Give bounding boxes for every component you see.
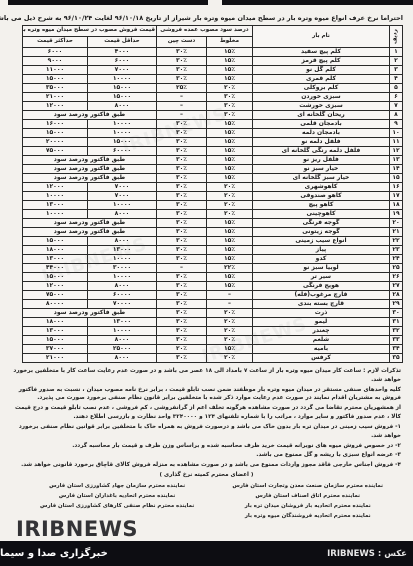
table-row: ۱۹کاهوچینی۲۰٪۳۰٪۸۰۰۰۱۰۰۰۰ xyxy=(22,210,402,219)
cell-row-number: ۱۷ xyxy=(390,192,403,201)
cell-min-price: ۷۰۰۰ xyxy=(87,192,156,201)
table-row: ۷سبزی خورشت۳۰٪–۸۰۰۰۱۲۰۰۰ xyxy=(22,102,402,111)
table-row: ۳۵کرفس۲۰٪۳۰٪۸۰۰۰۲۱۰۰۰ xyxy=(22,354,402,363)
table-row: ۲۸قارچ مرغوب(فله)–۳۰٪۶۰۰۰۰۷۵۰۰۰ xyxy=(22,291,402,300)
cell-min-price: ۱۰۰۰۰ xyxy=(87,255,156,264)
cell-min-price: ۱۵۰۰۰ xyxy=(87,93,156,102)
cell-max-price: ۲۰۰۰۰ xyxy=(22,138,87,147)
cell-row-number: ۱۳ xyxy=(390,156,403,165)
note-line: کلیه واحدهای صنفی مستقر در میدان میوه وت… xyxy=(8,386,401,404)
cell-min-price: ۲۵۰۰۰ xyxy=(87,345,156,354)
cell-max-price: ۱۰۰۰۰ xyxy=(22,192,87,201)
cell-row-number: ۲ xyxy=(390,57,403,66)
cell-row-number: ۸ xyxy=(390,111,403,120)
cell-handpicked-percent: ۳۰٪ xyxy=(156,228,206,237)
table-row: ۲۶سیر تر۱۵٪۳۰٪۱۰۰۰۰۱۵۰۰۰ xyxy=(22,273,402,282)
cell-max-price: ۸۰۰۰۰ xyxy=(22,300,87,309)
cell-handpicked-percent: ۳۰٪ xyxy=(156,210,206,219)
header-row-number: ردیف xyxy=(390,26,403,48)
cell-min-price: ۸۰۰۰ xyxy=(87,354,156,363)
cell-mixed-percent: ۱۵٪ xyxy=(207,147,253,156)
cell-product-name: بامیه xyxy=(253,345,390,354)
cell-handpicked-percent: ۳۰٪ xyxy=(156,309,206,318)
cell-handpicked-percent: ۳۰٪ xyxy=(156,183,206,192)
cell-min-price: ۶۰۰۰۰ xyxy=(87,291,156,300)
cell-price-note: طبق فاکتور ودرصد سود xyxy=(22,219,156,228)
cell-min-price: ۷۰۰۰ xyxy=(87,183,156,192)
cell-min-price: ۷۰۰۰۰ xyxy=(87,300,156,309)
signatures-left-column: نماینده محترم سازمان جهاد کشاورزی استان … xyxy=(40,483,194,519)
header-min-price: حداقل قیمت xyxy=(87,37,156,48)
table-row: ۱۲فلفل دلمه رنگی گلخانه ای۱۵٪۳۰٪۶۰۰۰۰۷۵۰… xyxy=(22,147,402,156)
signatures-right-column: نماینده محترم سازمان صنعت معدن وتجارت اس… xyxy=(232,483,383,519)
cell-min-price: ۱۳۰۰۰ xyxy=(87,318,156,327)
iribnews-logo: IRIBNEWS xyxy=(16,517,138,541)
cell-row-number: ۳۴ xyxy=(390,345,403,354)
price-table-body: ۱کلم پیچ سفید۱۵٪۳۰٪۴۰۰۰۶۰۰۰۲کلم پیچ قرمز… xyxy=(22,48,402,363)
cell-product-name: بادمجان دلمه xyxy=(253,129,390,138)
cell-handpicked-percent: ۳۰٪ xyxy=(156,219,206,228)
table-row: ۱۴خیار سبز نو۱۵٪۳۰٪طبق فاکتور ودرصد سود xyxy=(22,165,402,174)
cell-mixed-percent: ۲۰٪ xyxy=(207,309,253,318)
cell-mixed-percent: ۲۰٪ xyxy=(207,183,253,192)
cell-row-number: ۱۱ xyxy=(390,138,403,147)
cell-row-number: ۲۶ xyxy=(390,273,403,282)
cell-row-number: ۲۳ xyxy=(390,246,403,255)
cell-max-price: ۲۱۰۰۰ xyxy=(22,354,87,363)
cell-price-note: طبق فاکتور ودرصد سود xyxy=(22,111,156,120)
cell-product-name: پیاز xyxy=(253,246,390,255)
cell-max-price: ۱۲۰۰۰ xyxy=(22,183,87,192)
cell-max-price: ۱۶۰۰۰ xyxy=(22,120,87,129)
cell-max-price: ۳۷۰۰۰ xyxy=(22,345,87,354)
cell-min-price: ۱۰۰۰۰ xyxy=(87,75,156,84)
price-table-header: ردیف نام بار درصد سود مصوب عمده فروشی قی… xyxy=(22,26,402,48)
cell-min-price: ۷۰۰۰ xyxy=(87,66,156,75)
notes-section: تذکرات لازم : ساعت کار میدان میوه وتره ب… xyxy=(8,367,401,470)
cell-min-price: ۴۰۰۰ xyxy=(87,48,156,57)
cell-mixed-percent: ۳۰٪ xyxy=(207,102,253,111)
cell-handpicked-percent: ۳۰٪ xyxy=(156,327,206,336)
cell-product-name: کرفس xyxy=(253,354,390,363)
cell-max-price: ۱۸۰۰۰ xyxy=(22,246,87,255)
cell-price-note: طبق فاکتور ودرصد سود xyxy=(22,228,156,237)
cell-mixed-percent: – xyxy=(207,291,253,300)
table-row: ۲۵لوبیا سبز نو۲۲٪–۳۰۰۰۰۴۴۰۰۰ xyxy=(22,264,402,273)
cell-mixed-percent: ۱۵٪ xyxy=(207,246,253,255)
cell-max-price: ۱۳۰۰۰ xyxy=(22,255,87,264)
cell-handpicked-percent: ۳۰٪ xyxy=(156,165,206,174)
table-row: ۱۶کاهوشهری۲۰٪۳۰٪۷۰۰۰۱۲۰۰۰ xyxy=(22,183,402,192)
cell-mixed-percent: – xyxy=(207,300,253,309)
signature-line: نماینده محترم نظام صنفی کارهای کشاورزی ا… xyxy=(40,503,194,509)
cell-min-price: ۸۰۰۰ xyxy=(87,210,156,219)
cell-mixed-percent: ۱۵٪ xyxy=(207,120,253,129)
cell-product-name: بادمجان قلمی xyxy=(253,120,390,129)
cell-handpicked-percent: ۳۰٪ xyxy=(156,255,206,264)
cell-row-number: ۳۰ xyxy=(390,309,403,318)
table-row: ۹بادمجان قلمی۱۵٪۳۰٪۱۰۰۰۰۱۶۰۰۰ xyxy=(22,120,402,129)
cell-max-price: ۶۰۰۰ xyxy=(22,48,87,57)
cell-mixed-percent: ۱۵٪ xyxy=(207,219,253,228)
cell-product-name: ذرت xyxy=(253,309,390,318)
table-row: ۳۱لیمو۲۰٪۳۰٪۱۳۰۰۰۱۸۰۰۰ xyxy=(22,318,402,327)
cell-max-price: ۷۵۰۰۰ xyxy=(22,147,87,156)
cell-mixed-percent: ۲۰٪ xyxy=(207,318,253,327)
table-row: ۲کلم پیچ قرمز۱۵٪۳۰٪۶۰۰۰۹۰۰۰ xyxy=(22,57,402,66)
cell-row-number: ۳۵ xyxy=(390,354,403,363)
cell-max-price: ۱۲۰۰۰ xyxy=(22,102,87,111)
table-row: ۱۰بادمجان دلمه۱۵٪۳۰٪۱۰۰۰۰۱۵۰۰۰ xyxy=(22,129,402,138)
table-row: ۲۲انواع سیب زمینی۱۵٪۳۰٪۸۰۰۰۱۵۰۰۰ xyxy=(22,237,402,246)
cell-product-name: گوجه زیتونی xyxy=(253,228,390,237)
cell-product-name: کاهوچینی xyxy=(253,210,390,219)
cell-mixed-percent: ۱۵٪ xyxy=(207,255,253,264)
cell-product-name: کاهو پیچ xyxy=(253,201,390,210)
cell-handpicked-percent: ۳۰٪ xyxy=(156,48,206,57)
cell-row-number: ۲۵ xyxy=(390,264,403,273)
header-handpicked: دست چین xyxy=(156,37,206,48)
signatures-section: نماینده محترم سازمان صنعت معدن وتجارت اس… xyxy=(40,483,383,519)
cell-product-name: چغندر xyxy=(253,327,390,336)
table-row: ۱۸کاهو پیچ۲۰٪۳۰٪۱۰۰۰۰۱۳۰۰۰ xyxy=(22,201,402,210)
cell-product-name: کلم قمری xyxy=(253,75,390,84)
cell-max-price: ۳۵۰۰۰ xyxy=(22,84,87,93)
cell-row-number: ۱۲ xyxy=(390,147,403,156)
cell-min-price: ۸۰۰۰ xyxy=(87,102,156,111)
cell-row-number: ۲۸ xyxy=(390,291,403,300)
cell-min-price: ۱۰۰۰۰ xyxy=(87,273,156,282)
document-page: احتراما نرخ عرف انواع میوه وتره بار در س… xyxy=(0,5,413,519)
cell-mixed-percent: ۱۵٪ xyxy=(207,138,253,147)
cell-product-name: کلم بروکلی xyxy=(253,84,390,93)
note-line: از همشهریان محترم تقاضا می گردد در صورت … xyxy=(8,404,401,422)
cell-mixed-percent: ۳۰٪ xyxy=(207,111,253,120)
table-row: ۳۳شلغم۲۰٪۳۰٪۸۰۰۰۱۵۰۰۰ xyxy=(22,336,402,345)
table-row: ۶سبزی خوردن۳۰٪–۱۵۰۰۰۲۱۰۰۰ xyxy=(22,93,402,102)
cell-row-number: ۲۲ xyxy=(390,237,403,246)
cell-max-price: ۱۵۰۰۰ xyxy=(22,129,87,138)
cell-max-price: ۱۰۰۰۰ xyxy=(22,210,87,219)
cell-row-number: ۹ xyxy=(390,120,403,129)
cell-handpicked-percent: ۳۰٪ xyxy=(156,147,206,156)
cell-product-name: کلم گل نو xyxy=(253,66,390,75)
cell-row-number: ۱۰ xyxy=(390,129,403,138)
cell-product-name: فلفل دلمه نو xyxy=(253,138,390,147)
note-line: ۴- فروش اجناس خارجی فاقد مجوز واردات ممن… xyxy=(8,461,401,470)
cell-handpicked-percent: ۳۰٪ xyxy=(156,318,206,327)
cell-handpicked-percent: ۳۰٪ xyxy=(156,138,206,147)
cell-handpicked-percent: ۳۰٪ xyxy=(156,75,206,84)
footer-bar: خبرگزاری صدا و سیما عکس : IRIBNEWS xyxy=(0,541,413,566)
cell-product-name: کدو xyxy=(253,255,390,264)
cell-handpicked-percent: ۳۰٪ xyxy=(156,174,206,183)
cell-handpicked-percent: ۳۰٪ xyxy=(156,156,206,165)
cell-mixed-percent: ۱۵٪ xyxy=(207,48,253,57)
cell-handpicked-percent: – xyxy=(156,102,206,111)
cell-mixed-percent: ۲۰٪ xyxy=(207,327,253,336)
cell-min-price: ۳۰۰۰۰ xyxy=(87,264,156,273)
cell-min-price: ۸۰۰۰ xyxy=(87,237,156,246)
cell-price-note: طبق فاکتور ودرصد سود xyxy=(22,165,156,174)
cell-min-price: ۱۵۰۰۰ xyxy=(87,138,156,147)
cell-mixed-percent: ۱۵٪ xyxy=(207,75,253,84)
cell-min-price: ۱۰۰۰۰ xyxy=(87,201,156,210)
cell-row-number: ۲۹ xyxy=(390,300,403,309)
cell-mixed-percent: ۳۰٪ xyxy=(207,93,253,102)
cell-product-name: کلم پیچ سفید xyxy=(253,48,390,57)
table-row: ۱۱فلفل دلمه نو۱۵٪۳۰٪۱۵۰۰۰۲۰۰۰۰ xyxy=(22,138,402,147)
cell-mixed-percent: ۱۵٪ xyxy=(207,156,253,165)
cell-row-number: ۲۷ xyxy=(390,282,403,291)
cell-product-name: فلفل ریز نو xyxy=(253,156,390,165)
cell-product-name: کاهوشهری xyxy=(253,183,390,192)
note-line: ۲- در خصوص فروش میوه های نوبرانه قیمت خر… xyxy=(8,442,401,451)
cell-product-name: ریحان گلخانه ای xyxy=(253,111,390,120)
note-line: تذکرات لازم : ساعت کار میدان میوه وتره ب… xyxy=(8,367,401,385)
note-line: ۱- فروش سیب زمینی در میدان تره بار بدون … xyxy=(8,423,401,441)
cell-product-name: کاهو صندوقی xyxy=(253,192,390,201)
cell-row-number: ۱۸ xyxy=(390,201,403,210)
cell-row-number: ۶ xyxy=(390,93,403,102)
cell-handpicked-percent: ۳۰٪ xyxy=(156,354,206,363)
cell-product-name: لیمو xyxy=(253,318,390,327)
signature-line: نماینده محترم اتحادیه بار فروشان میدان ت… xyxy=(232,503,383,509)
cell-max-price: ۲۱۰۰۰ xyxy=(22,93,87,102)
cell-row-number: ۲۴ xyxy=(390,255,403,264)
committee-line: ( اعضای محترم کمیته نرخ گذاری ) xyxy=(0,472,413,478)
cell-min-price: ۱۰۰۰۰ xyxy=(87,327,156,336)
cell-mixed-percent: ۱۵٪ xyxy=(207,129,253,138)
cell-mixed-percent: ۲۰٪ xyxy=(207,192,253,201)
table-row: ۳۴بامیه۱۵٪۲۰٪۲۵۰۰۰۳۷۰۰۰ xyxy=(22,345,402,354)
cell-max-price: ۷۵۰۰۰ xyxy=(22,291,87,300)
cell-row-number: ۱۶ xyxy=(390,183,403,192)
cell-min-price: ۸۰۰۰ xyxy=(87,336,156,345)
cell-mixed-percent: ۱۵٪ xyxy=(207,165,253,174)
cell-min-price: ۶۰۰۰۰ xyxy=(87,147,156,156)
cell-price-note: طبق فاکتور ودرصد سود xyxy=(22,309,156,318)
cell-handpicked-percent: – xyxy=(156,111,206,120)
cell-price-note: طبق فاکتور ودرصد سود xyxy=(22,174,156,183)
header-product-name: نام بار xyxy=(253,26,390,48)
price-table: ردیف نام بار درصد سود مصوب عمده فروشی قی… xyxy=(22,25,403,363)
cell-handpicked-percent: – xyxy=(156,93,206,102)
cell-handpicked-percent: ۳۰٪ xyxy=(156,291,206,300)
cell-handpicked-percent: – xyxy=(156,264,206,273)
cell-handpicked-percent: ۳۰٪ xyxy=(156,300,206,309)
cell-row-number: ۳ xyxy=(390,66,403,75)
cell-max-price: ۱۵۰۰۰ xyxy=(22,237,87,246)
cell-max-price: ۱۵۰۰۰ xyxy=(22,75,87,84)
header-price-group: قیمت فروش مصوب در سطح میدان میوه وتره با… xyxy=(22,26,156,37)
cell-handpicked-percent: ۳۰٪ xyxy=(156,237,206,246)
cell-handpicked-percent: ۳۰٪ xyxy=(156,129,206,138)
cell-handpicked-percent: ۳۰٪ xyxy=(156,273,206,282)
cell-handpicked-percent: ۳۰٪ xyxy=(156,336,206,345)
cell-product-name: سبزی خورشت xyxy=(253,102,390,111)
cell-max-price: ۹۰۰۰ xyxy=(22,57,87,66)
cell-row-number: ۱۴ xyxy=(390,165,403,174)
cell-max-price: ۱۳۰۰۰ xyxy=(22,201,87,210)
note-line: ۳- عرضه انواع سبزی با ریشه و گل ممنوع می… xyxy=(8,451,401,460)
cell-row-number: ۱ xyxy=(390,48,403,57)
cell-row-number: ۳۱ xyxy=(390,318,403,327)
cell-handpicked-percent: ۳۰٪ xyxy=(156,201,206,210)
cell-max-price: ۱۸۰۰۰ xyxy=(22,318,87,327)
table-row: ۲۷هویج فرنگی۱۵٪۳۰٪۸۰۰۰۱۲۰۰۰ xyxy=(22,282,402,291)
cell-min-price: ۱۰۰۰۰ xyxy=(87,129,156,138)
cell-max-price: ۱۳۰۰۰ xyxy=(22,327,87,336)
cell-max-price: ۱۵۰۰۰ xyxy=(22,336,87,345)
table-row: ۲۴کدو۱۵٪۳۰٪۱۰۰۰۰۱۳۰۰۰ xyxy=(22,255,402,264)
cell-min-price: ۸۰۰۰ xyxy=(87,282,156,291)
cell-product-name: هویج فرنگی xyxy=(253,282,390,291)
document-title: احتراما نرخ عرف انواع میوه وتره بار در س… xyxy=(10,14,403,22)
cell-product-name: کلم پیچ قرمز xyxy=(253,57,390,66)
cell-product-name: سیر تر xyxy=(253,273,390,282)
cell-product-name: خیار سبز گلخانه ای xyxy=(253,174,390,183)
cell-product-name: فلفل دلمه رنگی گلخانه ای xyxy=(253,147,390,156)
cell-product-name: لوبیا سبز نو xyxy=(253,264,390,273)
cell-mixed-percent: ۱۵٪ xyxy=(207,345,253,354)
cell-mixed-percent: ۱۵٪ xyxy=(207,57,253,66)
cell-mixed-percent: ۲۰٪ xyxy=(207,201,253,210)
table-row: ۲۰گوجه فرنگی۱۵٪۳۰٪طبق فاکتور ودرصد سود xyxy=(22,219,402,228)
table-row: ۱۵خیار سبز گلخانه ای۱۵٪۳۰٪طبق فاکتور ودر… xyxy=(22,174,402,183)
cell-mixed-percent: ۱۵٪ xyxy=(207,174,253,183)
cell-max-price: ۱۱۰۰۰ xyxy=(22,66,87,75)
cell-mixed-percent: ۲۰٪ xyxy=(207,354,253,363)
signature-line: نماینده محترم اتحادیه باغداران استان فار… xyxy=(40,493,194,499)
cell-handpicked-percent: ۲۵٪ xyxy=(156,84,206,93)
footer-photo-credit: عکس : IRIBNEWS xyxy=(319,549,413,559)
signature-line: نماینده محترم سازمان جهاد کشاورزی استان … xyxy=(40,483,194,489)
signature-line: نماینده محترم اتاق اصناف استان فارس xyxy=(232,493,383,499)
signature-line: نماینده محترم اتحادیه فروشندگان میوه وتر… xyxy=(232,513,383,519)
cell-row-number: ۱۹ xyxy=(390,210,403,219)
cell-mixed-percent: ۲۰٪ xyxy=(207,84,253,93)
table-row: ۱کلم پیچ سفید۱۵٪۳۰٪۴۰۰۰۶۰۰۰ xyxy=(22,48,402,57)
cell-product-name: سبزی خوردن xyxy=(253,93,390,102)
cell-row-number: ۳۳ xyxy=(390,336,403,345)
cell-handpicked-percent: ۳۰٪ xyxy=(156,282,206,291)
cell-row-number: ۷ xyxy=(390,102,403,111)
cell-product-name: خیار سبز نو xyxy=(253,165,390,174)
cell-row-number: ۵ xyxy=(390,84,403,93)
header-percent-group: درصد سود مصوب عمده فروشی xyxy=(156,26,252,37)
cell-handpicked-percent: ۲۰٪ xyxy=(156,345,206,354)
signature-line: نماینده محترم سازمان صنعت معدن وتجارت اس… xyxy=(232,483,383,489)
cell-handpicked-percent: ۳۰٪ xyxy=(156,192,206,201)
cell-price-note: طبق فاکتور ودرصد سود xyxy=(22,156,156,165)
header-max-price: حداکثر قیمت xyxy=(22,37,87,48)
cell-row-number: ۱۵ xyxy=(390,174,403,183)
table-row: ۲۳پیاز۱۵٪۳۰٪۱۳۰۰۰۱۸۰۰۰ xyxy=(22,246,402,255)
cell-mixed-percent: ۱۵٪ xyxy=(207,237,253,246)
cell-max-price: ۱۵۰۰۰ xyxy=(22,273,87,282)
cell-handpicked-percent: ۳۰٪ xyxy=(156,120,206,129)
cell-max-price: ۱۲۰۰۰ xyxy=(22,282,87,291)
cell-mixed-percent: ۱۵٪ xyxy=(207,66,253,75)
table-row: ۳۰ذرت۲۰٪۳۰٪طبق فاکتور ودرصد سود xyxy=(22,309,402,318)
cell-mixed-percent: ۱۵٪ xyxy=(207,228,253,237)
cell-mixed-percent: ۲۲٪ xyxy=(207,264,253,273)
cell-product-name: قارچ مرغوب(فله) xyxy=(253,291,390,300)
cell-max-price: ۴۴۰۰۰ xyxy=(22,264,87,273)
cell-product-name: قارچ بسته بندی xyxy=(253,300,390,309)
cell-mixed-percent: ۲۰٪ xyxy=(207,210,253,219)
cell-min-price: ۱۳۰۰۰ xyxy=(87,246,156,255)
cell-row-number: ۲۱ xyxy=(390,228,403,237)
footer-agency-name: خبرگزاری صدا و سیما xyxy=(0,548,118,559)
cell-product-name: شلغم xyxy=(253,336,390,345)
table-row: ۱۷کاهو صندوقی۲۰٪۳۰٪۷۰۰۰۱۰۰۰۰ xyxy=(22,192,402,201)
cell-mixed-percent: ۱۵٪ xyxy=(207,273,253,282)
cell-row-number: ۴ xyxy=(390,75,403,84)
cell-mixed-percent: ۱۵٪ xyxy=(207,282,253,291)
table-row: ۲۹قارچ بسته بندی–۳۰٪۷۰۰۰۰۸۰۰۰۰ xyxy=(22,300,402,309)
cell-handpicked-percent: ۳۰٪ xyxy=(156,246,206,255)
table-row: ۳کلم گل نو۱۵٪۳۰٪۷۰۰۰۱۱۰۰۰ xyxy=(22,66,402,75)
table-row: ۲۱گوجه زیتونی۱۵٪۳۰٪طبق فاکتور ودرصد سود xyxy=(22,228,402,237)
cell-product-name: انواع سیب زمینی xyxy=(253,237,390,246)
table-row: ۱۳فلفل ریز نو۱۵٪۳۰٪طبق فاکتور ودرصد سود xyxy=(22,156,402,165)
cell-min-price: ۶۰۰۰ xyxy=(87,57,156,66)
cell-mixed-percent: ۲۰٪ xyxy=(207,336,253,345)
table-row: ۵کلم بروکلی۲۰٪۲۵٪۱۵۰۰۰۳۵۰۰۰ xyxy=(22,84,402,93)
cell-min-price: ۱۰۰۰۰ xyxy=(87,120,156,129)
cell-row-number: ۲۰ xyxy=(390,219,403,228)
table-row: ۴کلم قمری۱۵٪۳۰٪۱۰۰۰۰۱۵۰۰۰ xyxy=(22,75,402,84)
table-row: ۸ریحان گلخانه ای۳۰٪–طبق فاکتور ودرصد سود xyxy=(22,111,402,120)
cell-product-name: گوجه فرنگی xyxy=(253,219,390,228)
header-mixed: مخلوط xyxy=(207,37,253,48)
cell-handpicked-percent: ۳۰٪ xyxy=(156,57,206,66)
table-row: ۳۲چغندر۲۰٪۳۰٪۱۰۰۰۰۱۳۰۰۰ xyxy=(22,327,402,336)
cell-row-number: ۳۲ xyxy=(390,327,403,336)
cell-handpicked-percent: ۳۰٪ xyxy=(156,66,206,75)
cell-min-price: ۱۵۰۰۰ xyxy=(87,84,156,93)
